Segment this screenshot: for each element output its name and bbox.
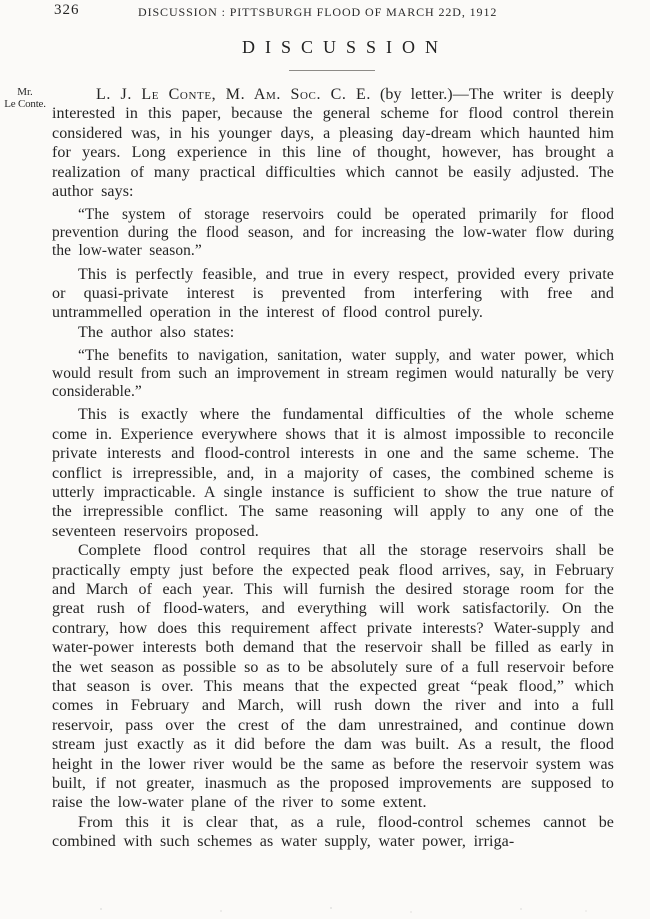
margin-note-line2: Le Conte. xyxy=(1,99,49,111)
paragraph: This is exactly where the fundamental di… xyxy=(52,405,614,541)
paragraph: This is perfectly feasible, and true in … xyxy=(52,265,614,323)
margin-note-line1: Mr. xyxy=(17,86,33,98)
scanned-page: 326 DISCUSSION : PITTSBURGH FLOOD OF MAR… xyxy=(0,0,650,919)
scan-noise-specks xyxy=(100,908,102,910)
paragraph: Complete flood control requires that all… xyxy=(52,541,614,813)
title-divider-rule xyxy=(289,70,375,71)
page-body-text: L. J. Le Conte, M. Am. Soc. C. E. (by le… xyxy=(52,85,614,852)
paragraph-intro: L. J. Le Conte, M. Am. Soc. C. E. (by le… xyxy=(52,85,614,201)
section-title: DISCUSSION xyxy=(30,37,650,58)
margin-note-speaker: Mr. Le Conte. xyxy=(1,87,49,110)
quotation-paragraph: “The benefits to navigation, sanitation,… xyxy=(52,347,614,400)
quotation-paragraph: “The system of storage reservoirs could … xyxy=(52,206,614,259)
paragraph-intro-text: (by letter.)—The writer is deeply intere… xyxy=(52,86,614,200)
paragraph: The author also states: xyxy=(52,323,614,342)
paragraph: From this it is clear that, as a rule, f… xyxy=(52,813,614,852)
author-name-smallcaps: L. J. Le Conte, M. Am. Soc. C. E. xyxy=(96,86,371,103)
page-number: 326 xyxy=(54,2,80,19)
running-header-title: DISCUSSION : PITTSBURGH FLOOD OF MARCH 2… xyxy=(138,5,497,20)
